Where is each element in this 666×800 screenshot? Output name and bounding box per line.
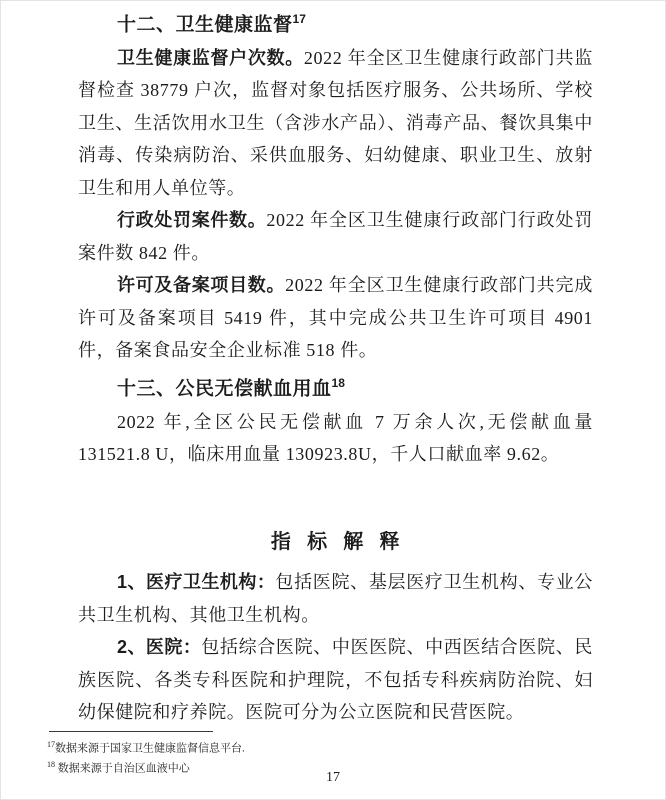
section-heading-blood-donation: 十三、公民无偿献血用血18 bbox=[78, 367, 593, 406]
footnote-17-marker: 17 bbox=[47, 740, 55, 749]
paragraph-text: 2022 年全区卫生健康行政部门共监督检查 38779 户次，监督对象包括医疗服… bbox=[78, 48, 593, 198]
paragraph-lead: 许可及备案项目数。 bbox=[117, 275, 285, 295]
paragraph-lead: 行政处罚案件数。 bbox=[117, 210, 266, 230]
paragraph-blood-donation: 2022 年,全区公民无偿献血 7 万余人次,无偿献血量 131521.8 U，… bbox=[78, 406, 593, 471]
page-number: 17 bbox=[0, 770, 666, 786]
footnote-ref-18: 18 bbox=[332, 376, 345, 390]
glossary-item-1: 1、医疗卫生机构：包括医院、基层医疗卫生机构、专业公共卫生机构、其他卫生机构。 bbox=[78, 566, 593, 631]
footnote-18-marker: 18 bbox=[47, 760, 55, 769]
footnote-17-text: 数据来源于国家卫生健康监督信息平台. bbox=[55, 743, 245, 755]
glossary-item-2: 2、医院：包括综合医院、中医医院、中西医结合医院、民族医院、各类专科医院和护理院… bbox=[78, 631, 593, 729]
page-content: 十二、卫生健康监督17 卫生健康监督户次数。2022 年全区卫生健康行政部门共监… bbox=[0, 0, 666, 729]
glossary-title: 指 标 解 释 bbox=[78, 526, 593, 559]
glossary-item-lead: 1、医疗卫生机构： bbox=[117, 572, 275, 592]
section-heading-health-supervision: 十二、卫生健康监督17 bbox=[78, 3, 593, 42]
document-page: 十二、卫生健康监督17 卫生健康监督户次数。2022 年全区卫生健康行政部门共监… bbox=[0, 0, 666, 800]
footnote-separator bbox=[49, 731, 213, 732]
paragraph-penalty-cases: 行政处罚案件数。2022 年全区卫生健康行政部门行政处罚案件数 842 件。 bbox=[78, 204, 593, 269]
paragraph-supervision-count: 卫生健康监督户次数。2022 年全区卫生健康行政部门共监督检查 38779 户次… bbox=[78, 42, 593, 205]
footnote-ref-17: 17 bbox=[293, 12, 306, 26]
glossary-item-lead: 2、医院： bbox=[117, 637, 201, 657]
paragraph-lead: 卫生健康监督户次数。 bbox=[117, 48, 304, 68]
footnote-17: 17数据来源于国家卫生健康监督信息平台. bbox=[47, 737, 245, 757]
paragraph-text: 2022 年,全区公民无偿献血 7 万余人次,无偿献血量 131521.8 U，… bbox=[78, 412, 593, 465]
paragraph-permit-projects: 许可及备案项目数。2022 年全区卫生健康行政部门共完成许可及备案项目 5419… bbox=[78, 269, 593, 367]
section-heading-text: 十三、公民无偿献血用血 bbox=[117, 378, 332, 399]
section-heading-text: 十二、卫生健康监督 bbox=[117, 14, 293, 35]
